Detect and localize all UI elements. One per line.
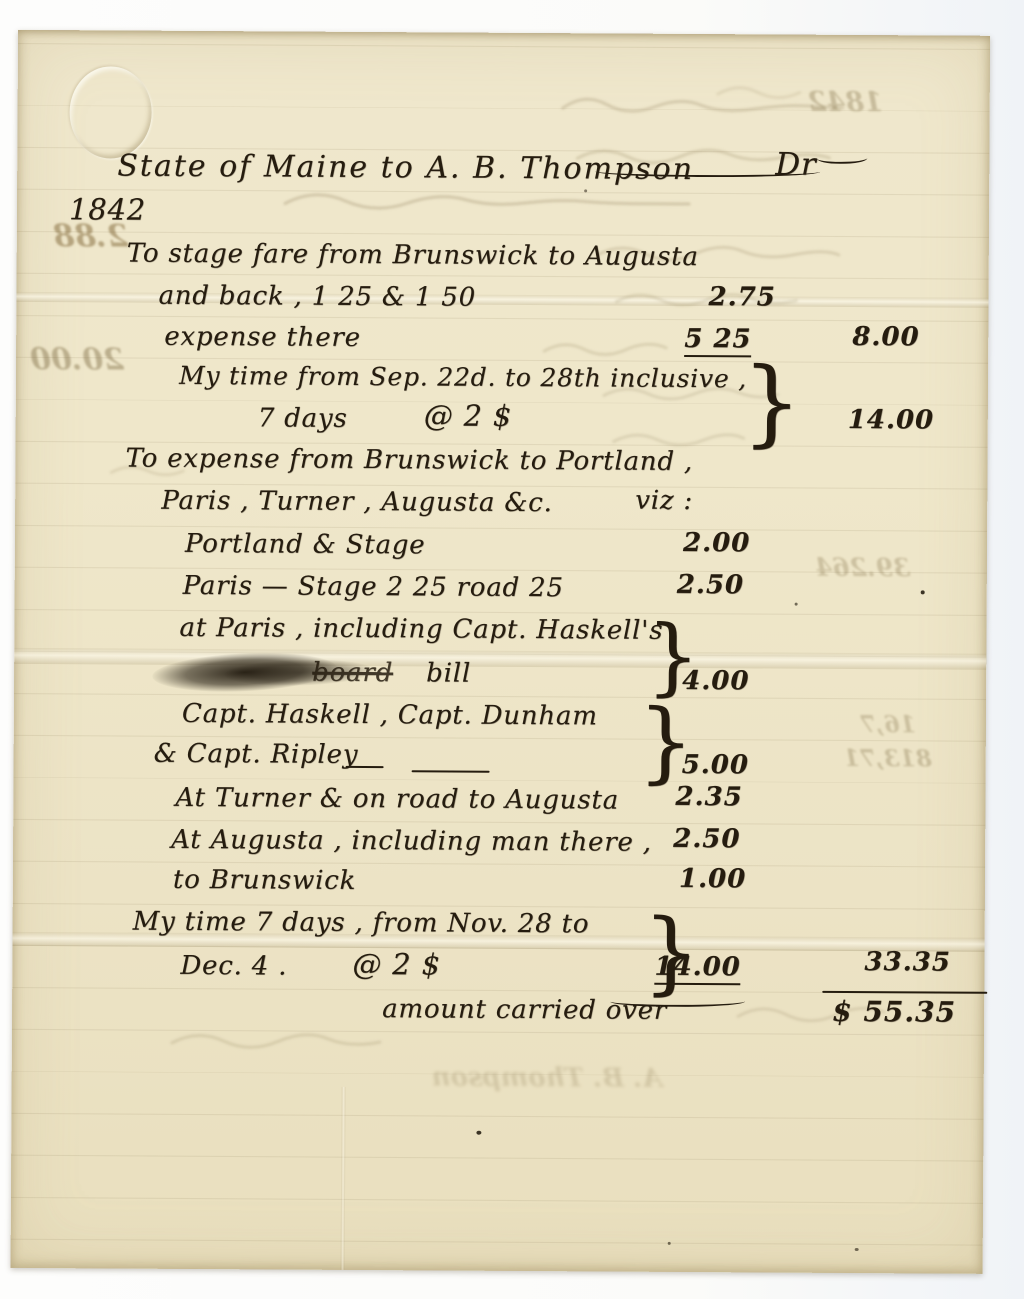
entry-viz: viz : [635, 486, 693, 516]
entry-line: and back , 1 25 & 1 50 [158, 281, 476, 313]
debit-abbreviation: Dr [775, 147, 817, 183]
entry-line: at Paris , including Capt. Haskell's [179, 613, 663, 646]
entry-total: 8.00 [852, 322, 920, 352]
bleedthrough-number: 20.00 [30, 342, 124, 378]
entry-line: To expense from Brunswick to Portland , [125, 444, 693, 477]
entry-total: 33.35 [864, 947, 951, 978]
ink-speck [855, 1248, 859, 1251]
bleedthrough-number: 16,7 [860, 711, 916, 738]
ink-speck [668, 1242, 671, 1245]
ink-speck [921, 590, 925, 594]
entry-line: Capt. Haskell , Capt. Dunham [182, 699, 598, 732]
entry-line: At Augusta , including man there , [171, 825, 652, 858]
entry-amount: 5.00 [682, 750, 750, 780]
entry-line: expense there [164, 322, 361, 353]
entry-amount: 1.00 [679, 864, 747, 894]
entry-rate: @ 2 $ [424, 398, 513, 433]
entry-line: & Capt. Ripley [154, 739, 359, 770]
ink-speck [795, 603, 798, 606]
ink-speck [584, 189, 587, 192]
entry-line: My time from Sep. 22d. to 28th inclusive… [179, 361, 747, 393]
document-year: 1842 [69, 192, 146, 226]
entry-amount: 2.50 [677, 570, 745, 600]
brace: } [742, 356, 802, 450]
entry-struck-text: board [312, 658, 393, 688]
entry-rate: @ 2 $ [352, 947, 441, 982]
bleedthrough-year: 1842 [808, 87, 883, 118]
carried-over-total: $ 55.35 [832, 995, 956, 1029]
entry-line: To stage fare from Brunswick to Augusta [127, 239, 699, 272]
entry-amount: 14.00 [654, 952, 741, 986]
entry-amount: 2.35 [675, 782, 743, 812]
ink-speck [476, 1131, 481, 1135]
bleedthrough-number: 39.264 [815, 553, 911, 583]
entry-line: Portland & Stage [185, 529, 426, 560]
bleedthrough-number: 813,71 [844, 745, 932, 773]
bleedthrough-signature: A. B. Thompson [432, 1062, 663, 1093]
entry-amount: 2.75 [708, 282, 776, 312]
entry-amount: 2.00 [683, 528, 751, 558]
entry-line: 7 days [258, 403, 348, 434]
entry-line: My time 7 days , from Nov. 28 to [133, 907, 590, 940]
entry-line: Paris — Stage 2 25 road 25 [183, 571, 564, 603]
entry-line: Paris , Turner , Augusta &c. [161, 486, 553, 518]
entry-line: Dec. 4 . [180, 951, 287, 982]
entry-line: At Turner & on road to Augusta [175, 783, 619, 816]
entry-total: 14.00 [848, 405, 935, 436]
entry-line: bill [426, 658, 471, 688]
scan-background: 1842 2.88 20.00 39.264 16,7 813,71 A. B.… [0, 0, 1024, 1299]
entry-line: to Brunswick [173, 865, 356, 896]
entry-amount: 2.50 [673, 824, 741, 854]
scanned-document-page: 1842 2.88 20.00 39.264 16,7 813,71 A. B.… [11, 30, 991, 1274]
